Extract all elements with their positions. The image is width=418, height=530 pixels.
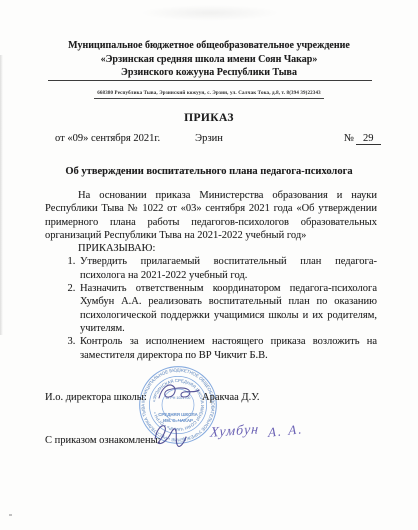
director-signature-label: И.о. директора школы: (45, 392, 147, 403)
org-address: 668380 Республика Тыва, Эрзинский кожуун… (94, 89, 324, 99)
stamp-center-line1: СРЕДНЯЯ ШКОЛА (158, 412, 198, 417)
order-item: Утвердить прилагаемый воспитательный пла… (78, 255, 377, 282)
org-name-line1: Муниципальное бюджетное общеобразователь… (0, 39, 418, 52)
order-item: Контроль за исполнением настоящего прика… (78, 335, 377, 362)
order-subject: Об утверждении воспитательного плана пед… (0, 166, 418, 177)
scan-speck (9, 514, 12, 516)
letterhead-address-row: 668380 Республика Тыва, Эрзинский кожуун… (0, 81, 418, 99)
director-signature-scribble (156, 381, 202, 407)
decree-word: ПРИКАЗЫВАЮ: (45, 242, 377, 255)
org-name-line2: «Эрзинская средняя школа имени Соян Чака… (0, 53, 418, 66)
order-body: На основании приказа Министерства образо… (45, 189, 377, 362)
org-name-line3: Эрзинского кожууна Республики Тыва (0, 66, 418, 79)
order-items: Утвердить прилагаемый воспитательный пла… (45, 255, 377, 361)
order-item: Назначить ответственным координатором пе… (78, 282, 377, 335)
order-preamble: На основании приказа Министерства образо… (45, 189, 377, 242)
number-value: 29 (356, 133, 381, 145)
order-number: №29 (344, 133, 381, 145)
acknowledged-handwritten-initials: А. А. (268, 421, 303, 441)
acknowledged-signature-scribble (150, 418, 190, 450)
acknowledged-handwritten-name: Хумбун (209, 422, 259, 442)
number-sign: № (344, 133, 354, 144)
document-title: ПРИКАЗ (0, 112, 418, 124)
acknowledged-label: С приказом ознакомлены: (45, 435, 161, 446)
scan-smudge (140, 5, 280, 21)
scanned-order-document: Муниципальное бюджетное общеобразователь… (0, 0, 418, 530)
director-name: Аракчаа Д.У. (202, 392, 260, 403)
